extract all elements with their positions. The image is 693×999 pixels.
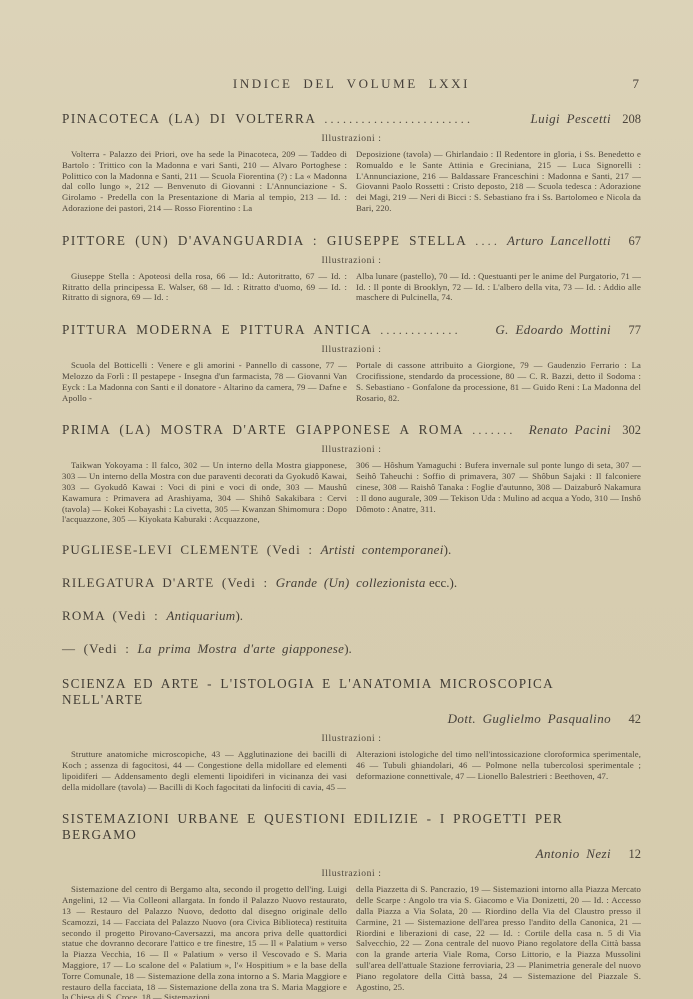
entry-title: SISTEMAZIONI URBANE E QUESTIONI EDILIZIE… bbox=[62, 811, 641, 843]
illustrations-label: Illustrazioni : bbox=[62, 734, 641, 744]
illustrations-label: Illustrazioni : bbox=[62, 345, 641, 355]
entry-page-ref: 77 bbox=[611, 323, 641, 338]
entry-page-ref: 67 bbox=[611, 234, 641, 249]
illustrations-label: Illustrazioni : bbox=[62, 134, 641, 144]
illustrations-right-column: della Piazzetta di S. Pancrazio, 19 — Si… bbox=[356, 884, 641, 999]
entry-title-row: PITTURA MODERNA E PITTURA ANTICA .......… bbox=[62, 322, 641, 338]
cross-reference-target: Grande (Un) collezionista bbox=[276, 575, 426, 590]
illustrations-label: Illustrazioni : bbox=[62, 256, 641, 266]
entry-author: Dott. Guglielmo Pasqualino bbox=[438, 711, 611, 727]
entry-author: Luigi Pescetti bbox=[521, 111, 611, 127]
entry-page-ref: 302 bbox=[611, 423, 641, 438]
leader-dots: ....... bbox=[472, 423, 515, 438]
illustrations-columns: Giuseppe Stella : Apoteosi della rosa, 6… bbox=[62, 271, 641, 303]
cross-reference-target: La prima Mostra d'arte giapponese bbox=[138, 641, 345, 656]
entry-author: G. Edoardo Mottini bbox=[485, 322, 611, 338]
entry-author: Antonio Nezi bbox=[526, 846, 611, 862]
running-head: INDICE DEL VOLUME LXXI 7 bbox=[62, 76, 641, 92]
cross-reference-target: Artisti contemporanei bbox=[321, 542, 444, 557]
cross-reference-suffix: ). bbox=[235, 608, 243, 623]
illustrations-left-column: Scuola del Botticelli : Venere e gli amo… bbox=[62, 360, 347, 403]
illustrations-right-column: Deposizione (tavola) — Ghirlandaio : Il … bbox=[356, 149, 641, 214]
cross-reference-heading: PUGLIESE-LEVI CLEMENTE (Vedi : bbox=[62, 542, 321, 557]
entry-author-row: Dott. Guglielmo Pasqualino 42 bbox=[62, 711, 641, 727]
illustrations-label: Illustrazioni : bbox=[62, 445, 641, 455]
entry-title: PRIMA (LA) MOSTRA D'ARTE GIAPPONESE A RO… bbox=[62, 422, 464, 438]
illustrations-columns: Strutture anatomiche microscopiche, 43 —… bbox=[62, 749, 641, 792]
entry-page-ref: 208 bbox=[611, 112, 641, 127]
illustrations-left-column: Sistemazione del centro di Bergamo alta,… bbox=[62, 884, 347, 999]
leader-dots: ........................ bbox=[324, 112, 473, 127]
index-entry: PITTURA MODERNA E PITTURA ANTICA .......… bbox=[62, 322, 641, 403]
cross-reference-entry: — (Vedi : La prima Mostra d'arte giappon… bbox=[62, 641, 641, 657]
entry-author: Renato Pacini bbox=[519, 422, 611, 438]
entry-title: SCIENZA ED ARTE - L'ISTOLOGIA E L'ANATOM… bbox=[62, 676, 641, 708]
entry-author: Arturo Lancellotti bbox=[497, 233, 611, 249]
index-entry: SCIENZA ED ARTE - L'ISTOLOGIA E L'ANATOM… bbox=[62, 676, 641, 792]
illustrations-label: Illustrazioni : bbox=[62, 869, 641, 879]
illustrations-columns: Volterra - Palazzo dei Priori, ove ha se… bbox=[62, 149, 641, 214]
index-entry: PITTORE (UN) D'AVANGUARDIA : GIUSEPPE ST… bbox=[62, 233, 641, 303]
entry-author-row: Antonio Nezi 12 bbox=[62, 846, 641, 862]
illustrations-right-column: Portale di cassone attribuito a Giorgion… bbox=[356, 360, 641, 403]
index-entry: SISTEMAZIONI URBANE E QUESTIONI EDILIZIE… bbox=[62, 811, 641, 999]
illustrations-columns: Taikwan Yokoyama : Il falco, 302 — Un in… bbox=[62, 460, 641, 525]
entry-page-ref: 12 bbox=[611, 847, 641, 862]
index-page: INDICE DEL VOLUME LXXI 7 PINACOTECA (LA)… bbox=[0, 0, 693, 999]
index-entry: PRIMA (LA) MOSTRA D'ARTE GIAPPONESE A RO… bbox=[62, 422, 641, 525]
illustrations-columns: Sistemazione del centro di Bergamo alta,… bbox=[62, 884, 641, 999]
cross-reference-heading: — (Vedi : bbox=[62, 641, 138, 656]
cross-reference-suffix: ). bbox=[444, 542, 452, 557]
entry-title: PINACOTECA (LA) DI VOLTERRA bbox=[62, 111, 316, 127]
cross-reference-entry: RILEGATURA D'ARTE (Vedi : Grande (Un) co… bbox=[62, 575, 641, 591]
cross-reference-entry: PUGLIESE-LEVI CLEMENTE (Vedi : Artisti c… bbox=[62, 542, 641, 558]
leader-dots: .... bbox=[475, 234, 497, 249]
cross-reference-entry: ROMA (Vedi : Antiquarium). bbox=[62, 608, 641, 624]
cross-reference-heading: ROMA (Vedi : bbox=[62, 608, 166, 623]
cross-reference-suffix: ). bbox=[344, 641, 352, 656]
entry-title: PITTURA MODERNA E PITTURA ANTICA bbox=[62, 322, 372, 338]
cross-reference-suffix: ecc.). bbox=[426, 575, 457, 590]
illustrations-right-column: 306 — Hôshum Yamaguchi : Bufera invernal… bbox=[356, 460, 641, 525]
entry-page-ref: 42 bbox=[611, 712, 641, 727]
cross-reference-target: Antiquarium bbox=[166, 608, 235, 623]
illustrations-right-column: Alterazioni istologiche del timo nell'in… bbox=[356, 749, 641, 792]
entry-title-row: PINACOTECA (LA) DI VOLTERRA ............… bbox=[62, 111, 641, 127]
illustrations-left-column: Strutture anatomiche microscopiche, 43 —… bbox=[62, 749, 347, 792]
illustrations-left-column: Volterra - Palazzo dei Priori, ove ha se… bbox=[62, 149, 347, 214]
illustrations-columns: Scuola del Botticelli : Venere e gli amo… bbox=[62, 360, 641, 403]
illustrations-left-column: Giuseppe Stella : Apoteosi della rosa, 6… bbox=[62, 271, 347, 303]
index-entry: PINACOTECA (LA) DI VOLTERRA ............… bbox=[62, 111, 641, 214]
entry-title-row: PITTORE (UN) D'AVANGUARDIA : GIUSEPPE ST… bbox=[62, 233, 641, 249]
illustrations-left-column: Taikwan Yokoyama : Il falco, 302 — Un in… bbox=[62, 460, 347, 525]
illustrations-right-column: Alba lunare (pastello), 70 — Id. : Quest… bbox=[356, 271, 641, 303]
cross-reference-heading: RILEGATURA D'ARTE (Vedi : bbox=[62, 575, 276, 590]
entry-title-row: PRIMA (LA) MOSTRA D'ARTE GIAPPONESE A RO… bbox=[62, 422, 641, 438]
entry-title: PITTORE (UN) D'AVANGUARDIA : GIUSEPPE ST… bbox=[62, 233, 467, 249]
volume-index-title: INDICE DEL VOLUME LXXI bbox=[233, 76, 470, 91]
page-number: 7 bbox=[633, 76, 640, 92]
leader-dots: ............. bbox=[380, 323, 461, 338]
